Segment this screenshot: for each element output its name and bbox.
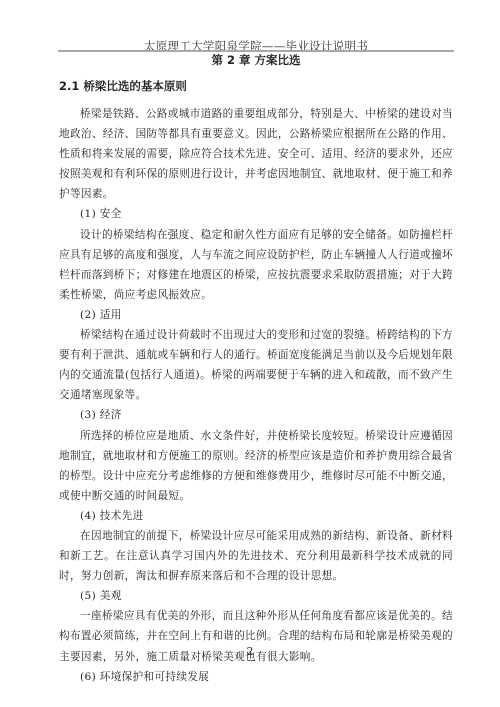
paragraph-safety: 设计的桥梁结构在强度、稳定和耐久性方面应有足够的安全储备。如防撞栏杆应具有足够的… xyxy=(59,225,453,305)
subheading-economy: (3) 经济 xyxy=(59,405,453,425)
chapter-title: 第 2 章 方案比选 xyxy=(58,52,454,68)
subheading-environment: (6) 环境保护和可持续发展 xyxy=(59,667,453,687)
section-heading: 2.1 桥梁比选的基本原则 xyxy=(59,78,187,94)
document-body: 桥梁是铁路、公路或城市道路的重要组成部分，特别是大、中桥梁的建设对当地政治、经济… xyxy=(59,104,453,687)
paragraph-applicability: 桥梁结构在通过设计荷载时不出现过大的变形和过宽的裂缝。桥跨结构的下方要有利于泄洪… xyxy=(59,325,453,405)
page-number: 2 xyxy=(0,645,500,658)
paragraph-economy: 所选择的桥位应是地质、水文条件好，并使桥梁长度较短。桥梁设计应遵循因地制宜，就地… xyxy=(59,426,453,506)
paragraph-technology: 在因地制宜的前提下，桥梁设计应尽可能采用成熟的新结构、新设备、新材料和新工艺。在… xyxy=(59,526,453,586)
paragraph-intro: 桥梁是铁路、公路或城市道路的重要组成部分，特别是大、中桥梁的建设对当地政治、经济… xyxy=(59,104,453,204)
subheading-technology: (4) 技术先进 xyxy=(59,506,453,526)
subheading-aesthetics: (5) 美观 xyxy=(59,586,453,606)
subheading-safety: (1) 安全 xyxy=(59,204,453,224)
subheading-applicability: (2) 适用 xyxy=(59,305,453,325)
